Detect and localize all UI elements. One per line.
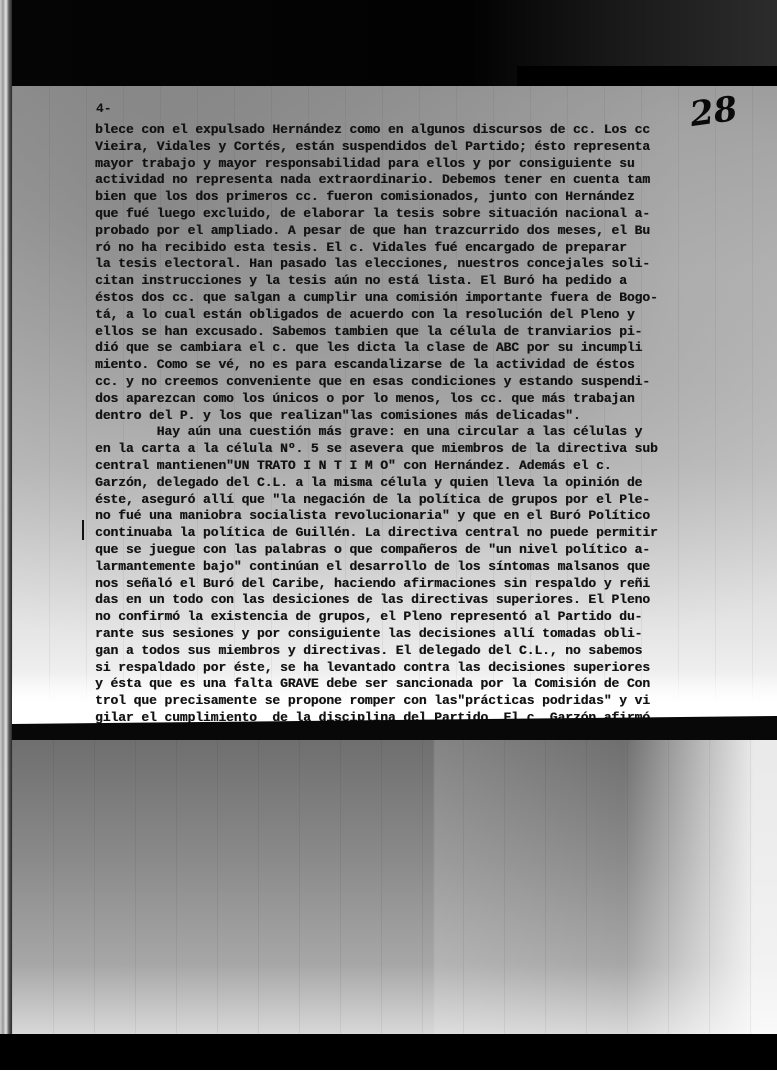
text-line: éstos dos cc. que salgan a cumplir una c…: [95, 290, 775, 307]
text-line: ellos se han excusado. Sabemos tambien q…: [95, 324, 775, 341]
text-line: que se juegue con las palabras o que com…: [95, 542, 775, 559]
page-number: 4-: [96, 101, 112, 116]
text-line: trol que precisamente se propone romper …: [95, 693, 775, 710]
text-line: dió que se cambiara el c. que les dicta …: [95, 340, 775, 357]
text-line: das en un todo con las desiciones de las…: [95, 592, 775, 609]
text-line: éste, aseguró allí que "la negación de l…: [95, 492, 775, 509]
text-line: larmantemente bajo" continúan el desarro…: [95, 559, 775, 576]
text-line: Garzón, delegado del C.L. a la misma cél…: [95, 475, 775, 492]
text-line: mayor trabajo y mayor responsabilidad pa…: [95, 156, 775, 173]
text-line: no confirmó la existencia de grupos, el …: [95, 609, 775, 626]
text-line: rante sus sesiones y por consiguiente la…: [95, 626, 775, 643]
text-line: citan instrucciones y la tesis aún no es…: [95, 273, 775, 290]
text-line: y ésta que es una falta GRAVE debe ser s…: [95, 676, 775, 693]
film-edge: [0, 0, 12, 1040]
text-line: gan a todos sus miembros y directivas. E…: [95, 643, 775, 660]
text-line: probado por el ampliado. A pesar de que …: [95, 223, 775, 240]
text-line: dentro del P. y los que realizan"las com…: [95, 408, 775, 425]
text-line: bien que los dos primeros cc. fueron com…: [95, 189, 775, 206]
bottom-dark-border: [0, 1034, 777, 1070]
text-line: central mantienen"UN TRATO I N T I M O" …: [95, 458, 775, 475]
blank-next-page: [12, 740, 777, 1040]
text-line: nos señaló el Buró del Caribe, haciendo …: [95, 576, 775, 593]
text-line: Vieira, Vidales y Cortés, están suspendi…: [95, 139, 775, 156]
text-line: la tesis electoral. Han pasado las elecc…: [95, 256, 775, 273]
text-line: continuaba la política de Guillén. La di…: [95, 525, 775, 542]
text-line: ró no ha recibido esta tesis. El c. Vida…: [95, 240, 775, 257]
scanned-document: 4- 28 blece con el expulsado Hernández c…: [0, 0, 777, 1080]
text-line: no fué una maniobra socialista revolucio…: [95, 508, 775, 525]
body-text: blece con el expulsado Hernández como en…: [95, 122, 775, 743]
text-line: cc. y no creemos conveniente que en esas…: [95, 374, 775, 391]
text-line: dos aparezcan como los únicos o por lo m…: [95, 391, 775, 408]
text-line: Hay aún una cuestión más grave: en una c…: [95, 424, 775, 441]
top-dark-border: [12, 0, 777, 88]
text-line: blece con el expulsado Hernández como en…: [95, 122, 775, 139]
text-line: que fué luego excluido, de elaborar la t…: [95, 206, 775, 223]
text-line: actividad no representa nada extraordina…: [95, 172, 775, 189]
text-line: en la carta a la célula Nº. 5 se asevera…: [95, 441, 775, 458]
text-line: tá, a lo cual están obligados de acuerdo…: [95, 307, 775, 324]
text-line: si respaldado por éste, se ha levantado …: [95, 660, 775, 677]
text-line: miento. Como se vé, no es para escandali…: [95, 357, 775, 374]
margin-mark: [82, 520, 84, 540]
